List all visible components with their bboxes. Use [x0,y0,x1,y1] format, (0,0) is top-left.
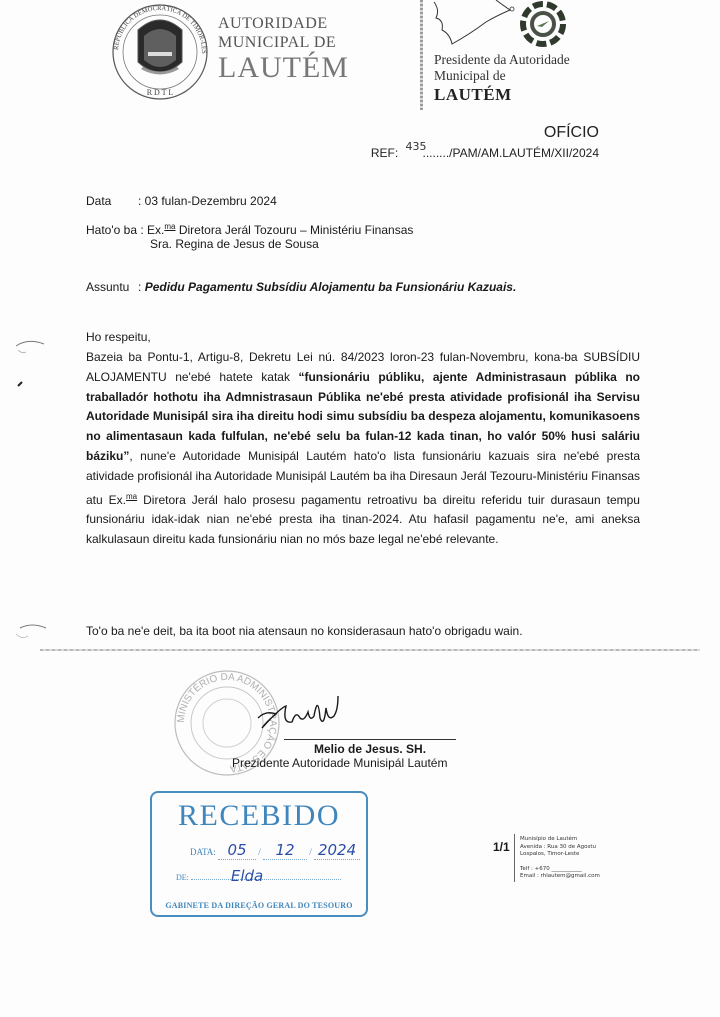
footer-contact: Munisípio de Lautém Avenida : Rua 30 de … [520,836,600,881]
president-line-2: Municipal de [434,68,570,84]
recipient-name: Sra. Regina de Jesus de Sousa [86,237,413,251]
footer-email: Email : rhlautem@gmail.com [520,873,600,881]
date-field: Data: 03 fulan-Dezembru 2024 [86,194,277,208]
footer-divider [514,834,515,882]
subject-field: Assuntu: Pedidu Pagamentu Subsídiu Aloja… [86,280,516,294]
recipient-sup: ma [164,222,175,231]
footer-line: Avenida : Rua 30 de Agostu [520,844,600,852]
ref-prefix: REF: [371,146,402,160]
received-from-line: Elda [191,879,341,880]
date-value: : 03 fulan-Dezembru 2024 [138,194,277,208]
org-line-3: LAUTÉM [218,52,349,84]
reference-number: REF: 435......../PAM/AM.LAUTÉM/XII/2024 [371,146,599,160]
president-line-1: Presidente da Autoridade [434,52,570,68]
date-label: Data [86,194,138,208]
rdtl-emblem-icon: R D T L REPÚBLICA DEMOCRÁTICA DE TIMOR-L… [108,2,212,102]
margin-mark-icon [14,336,48,356]
received-from-value: Elda [231,867,263,885]
footer-line: Lospalos, Timor-Leste [520,851,600,859]
org-line-1: AUTORIDADE [218,14,349,33]
timor-map-icon [430,0,530,50]
received-year: 2024 [314,841,360,860]
page-number: 1/1 [493,840,510,854]
recipient-rest: Diretora Jerál Tozouru – Ministériu Fina… [175,223,413,237]
subject-colon: : [138,280,141,294]
subject-value: Pedidu Pagamentu Subsídiu Alojamentu ba … [145,280,517,294]
recipient-prefix: : Ex. [140,223,164,237]
margin-dot-icon [16,380,24,388]
greeting: Ho respeitu, [86,330,151,344]
recipient-field: Hato'o ba : Ex.ma Diretora Jerál Tozouru… [86,222,413,251]
closing-sentence: To'o ba ne'e deit, ba ita boot nia atens… [86,624,523,638]
org-line-2: MUNICIPAL DE [218,33,349,52]
signer-name: Melio de Jesus. SH. [314,742,426,756]
handwritten-signature-icon [252,688,362,736]
date-separator: / [258,847,261,857]
margin-mark-icon [14,620,48,640]
document-type: OFÍCIO [544,124,599,142]
ref-suffix: /PAM/AM.LAUTÉM/XII/2024 [449,146,599,160]
footer-line: Munisípio de Lautém [520,836,600,844]
president-line-3: LAUTÉM [434,84,570,106]
recipient-value: : Ex.ma Diretora Jerál Tozouru – Ministé… [140,223,413,237]
received-day: 05 [218,841,256,860]
received-office: GABINETE DA DIREÇÃO GERAL DO TESOURO [152,901,366,910]
subject-label: Assuntu [86,280,138,294]
ref-handwritten-number: 435 [406,140,427,153]
president-title-block: Presidente da Autoridade Municipal de LA… [434,52,570,106]
date-separator: / [309,847,312,857]
svg-text:R D T L: R D T L [147,88,174,97]
received-from-row: DE: Elda [176,873,341,882]
municipal-gear-logo-icon [518,0,568,48]
received-stamp-title: RECEBIDO [152,799,366,833]
scan-fold-line [40,649,700,651]
signer-title: Prezidente Autoridade Munisipál Lautém [232,756,447,770]
recipient-label: Hato'o ba [86,223,137,237]
received-date-label: DATA: [190,847,216,857]
header-divider [420,0,423,110]
received-date-row: DATA: 05 / 12 / 2024 [190,841,360,860]
signature-line [284,739,456,740]
received-month: 12 [263,841,307,860]
body-sup: ma [126,492,137,501]
received-from-label: DE: [176,873,189,882]
body-rest-b: Diretora Jerál halo prosesu pagamentu re… [86,493,640,547]
footer-phone: Telf : +670 ___________ [520,866,600,874]
received-stamp: RECEBIDO DATA: 05 / 12 / 2024 DE: Elda G… [150,791,368,917]
organization-name: AUTORIDADE MUNICIPAL DE LAUTÉM [218,14,349,84]
body-paragraph: Bazeia ba Pontu-1, Artigu-8, Dekretu Lei… [86,348,640,550]
